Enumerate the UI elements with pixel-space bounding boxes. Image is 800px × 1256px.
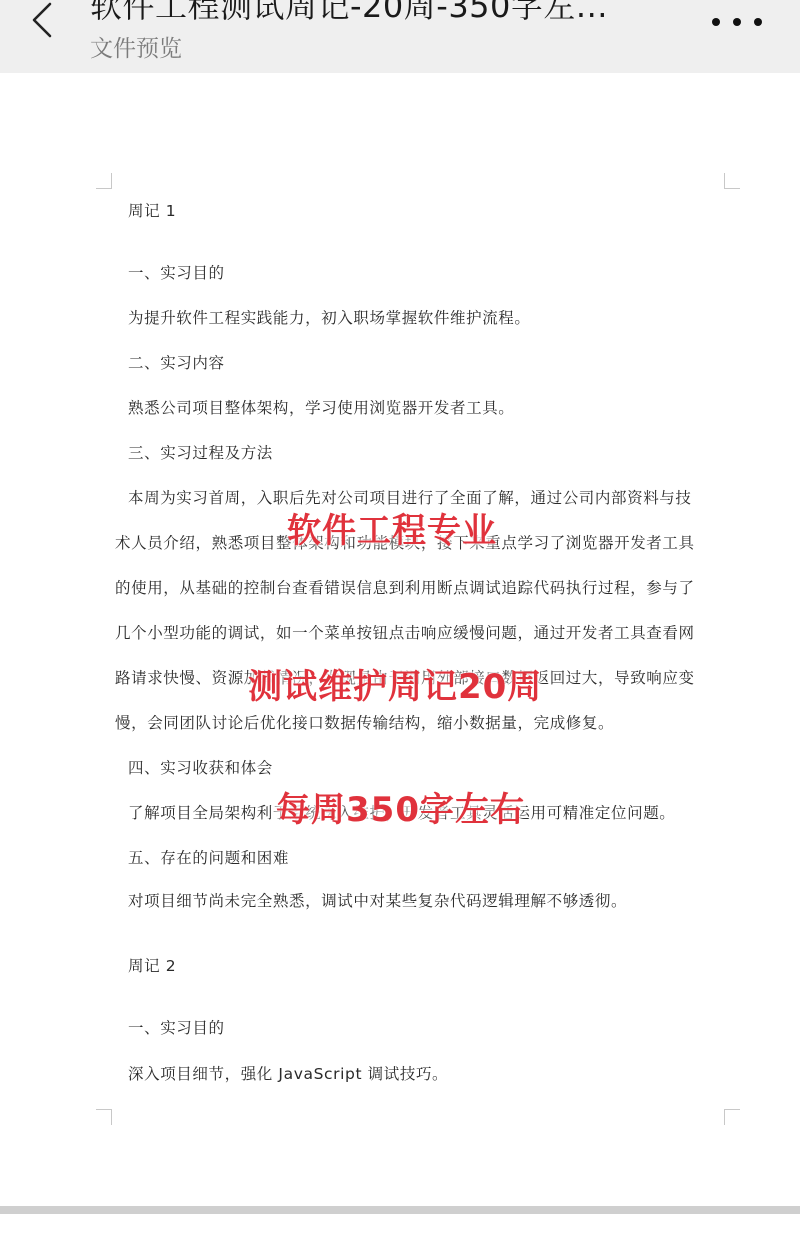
more-dot-icon (733, 18, 741, 26)
file-title: 软件工程测试周记-20周-350字左... (90, 0, 690, 28)
section-heading: 一、实习目的 (128, 263, 225, 283)
margin-corner-mark (96, 173, 112, 189)
margin-corner-mark (724, 173, 740, 189)
file-preview-label: 文件预览 (90, 34, 182, 64)
margin-corner-mark (724, 1109, 740, 1125)
paragraph-line: 几个小型功能的调试，如一个菜单按钮点击响应缓慢问题，通过开发者工具查看网 (115, 623, 695, 643)
weekly-log-heading: 周记 1 (128, 201, 176, 221)
watermark-overlay: 每周350字左右 (276, 782, 525, 831)
paragraph-line: 深入项目细节，强化 JavaScript 调试技巧。 (128, 1064, 448, 1084)
paragraph-line: 熟悉公司项目整体架构，学习使用浏览器开发者工具。 (128, 398, 514, 418)
more-button[interactable] (712, 10, 762, 34)
section-heading: 四、实习收获和体会 (128, 758, 273, 778)
watermark-overlay: 软件工程专业 (287, 503, 497, 552)
top-bar: 软件工程测试周记-20周-350字左... 文件预览 (0, 0, 800, 73)
section-heading: 二、实习内容 (128, 353, 225, 373)
next-document-page[interactable] (0, 1214, 800, 1256)
paragraph-line: 的使用，从基础的控制台查看错误信息到利用断点调试追踪代码执行过程，参与了 (115, 578, 695, 598)
document-page[interactable]: 周记 1 一、实习目的 为提升软件工程实践能力，初入职场掌握软件维护流程。 二、… (0, 73, 800, 1206)
paragraph-line: 为提升软件工程实践能力，初入职场掌握软件维护流程。 (128, 308, 531, 328)
more-dot-icon (754, 18, 762, 26)
chevron-left-icon (22, 0, 66, 44)
margin-corner-mark (96, 1109, 112, 1125)
section-heading: 三、实习过程及方法 (128, 443, 273, 463)
watermark-overlay: 测试维护周记20周 (248, 659, 542, 708)
section-heading: 一、实习目的 (128, 1018, 225, 1038)
page-separator (0, 1206, 800, 1214)
weekly-log-heading: 周记 2 (128, 956, 176, 976)
paragraph-line: 对项目细节尚未完全熟悉，调试中对某些复杂代码逻辑理解不够透彻。 (128, 891, 627, 911)
back-button[interactable] (22, 0, 66, 44)
more-dot-icon (712, 18, 720, 26)
paragraph-line: 慢，会同团队讨论后优化接口数据传输结构，缩小数据量，完成修复。 (115, 713, 614, 733)
section-heading: 五、存在的问题和困难 (128, 848, 289, 868)
